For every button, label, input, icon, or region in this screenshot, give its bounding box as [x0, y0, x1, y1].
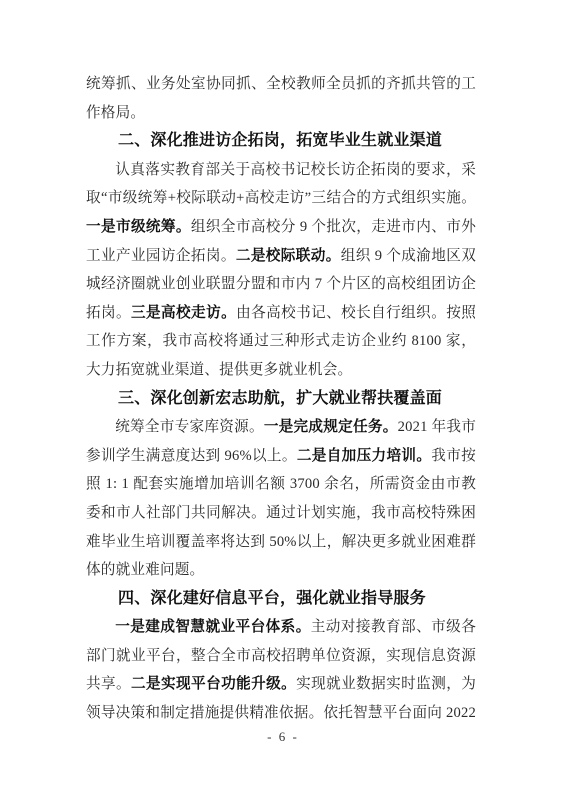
heading-text: 四、深化建好信息平台，强化就业指导服务 — [118, 590, 426, 607]
text-run: 工业产业园访企拓岗。 — [86, 248, 236, 264]
section-heading: 三、深化创新宏志助航，扩大就业帮扶覆盖面 — [86, 385, 476, 414]
text-run: 统筹抓、业务处室协同抓、全校教师全员抓的齐抓共管的工 — [86, 76, 476, 92]
text-run: 共享。 — [86, 676, 131, 692]
page-number: - 6 - — [0, 729, 566, 745]
text-line: 体的就业难问题。 — [86, 556, 476, 585]
text-line: 城经济圈就业创业联盟分盟和市内 7 个片区的高校组团访企 — [86, 270, 476, 299]
text-line: 作格局。 — [86, 99, 476, 128]
text-run: 主动对接教育部、市级各 — [311, 619, 476, 635]
heading-text: 二、深化推进访企拓岗，拓宽毕业生就业渠道 — [118, 132, 442, 149]
text-line: 照 1: 1 配套实施增加培训名额 3700 余名，所需资金由市教 — [86, 470, 476, 499]
text-run: 实现就业数据实时监测，为 — [296, 676, 476, 692]
emphasis-run: 二是校际联动。 — [236, 248, 341, 264]
heading-text: 三、深化创新宏志助航，扩大就业帮扶覆盖面 — [118, 390, 442, 407]
text-line: 取“市级统筹+校际联动+高校走访”三结合的方式组织实施。 — [86, 184, 476, 213]
text-line: 委和市人社部门共同解决。通过计划实施，我市高校特殊困 — [86, 499, 476, 528]
text-line: 领导决策和制定措施提供精准依据。依托智慧平台面向 2022 — [86, 699, 476, 728]
emphasis-run: 一是建成智慧就业平台体系。 — [115, 619, 311, 635]
text-line: 工作方案，我市高校将通过三种形式走访企业约 8100 家， — [86, 327, 476, 356]
text-line: 一是市级统筹。组织全市高校分 9 个批次，走进市内、市外 — [86, 213, 476, 242]
text-run: 组织全市高校分 9 个批次，走进市内、市外 — [191, 219, 476, 235]
document-body: 统筹抓、业务处室协同抓、全校教师全员抓的齐抓共管的工 作格局。 二、深化推进访企… — [86, 70, 476, 728]
text-run: 由各高校书记、校长自行组织。按照 — [236, 305, 476, 321]
section-heading: 二、深化推进访企拓岗，拓宽毕业生就业渠道 — [86, 127, 476, 156]
text-run: 体的就业难问题。 — [86, 562, 204, 578]
emphasis-run: 一是市级统筹。 — [86, 219, 191, 235]
text-line: 统筹抓、业务处室协同抓、全校教师全员抓的齐抓共管的工 — [86, 70, 476, 99]
text-run: 拓岗。 — [86, 305, 131, 321]
text-line: 认真落实教育部关于高校书记校长访企拓岗的要求，采 — [86, 156, 476, 185]
text-run: 委和市人社部门共同解决。通过计划实施，我市高校特殊困 — [86, 505, 476, 521]
text-line: 工业产业园访企拓岗。二是校际联动。组织 9 个成渝地区双 — [86, 242, 476, 271]
text-run: 我市按 — [431, 448, 476, 464]
text-line: 一是建成智慧就业平台体系。主动对接教育部、市级各 — [86, 613, 476, 642]
text-run: 照 1: 1 配套实施增加培训名额 3700 余名，所需资金由市教 — [86, 476, 476, 492]
text-run: 参训学生满意度达到 96%以上。 — [86, 448, 297, 464]
text-run: 难毕业生培训覆盖率将达到 50%以上，解决更多就业困难群 — [86, 534, 476, 550]
text-run: 城经济圈就业创业联盟分盟和市内 7 个片区的高校组团访企 — [86, 276, 476, 292]
text-run: 2021 年我市 — [398, 419, 476, 435]
emphasis-run: 二是自加压力培训。 — [297, 448, 431, 464]
text-line: 大力拓宽就业渠道、提供更多就业机会。 — [86, 356, 476, 385]
text-run: 取“市级统筹+校际联动+高校走访”三结合的方式组织实施。 — [86, 190, 476, 206]
text-run: 大力拓宽就业渠道、提供更多就业机会。 — [86, 362, 352, 378]
text-line: 部门就业平台，整合全市高校招聘单位资源，实现信息资源 — [86, 642, 476, 671]
text-run: 组织 9 个成渝地区双 — [341, 248, 476, 264]
text-line: 难毕业生培训覆盖率将达到 50%以上，解决更多就业困难群 — [86, 528, 476, 557]
text-line: 统筹全市专家库资源。一是完成规定任务。2021 年我市 — [86, 413, 476, 442]
document-page: 统筹抓、业务处室协同抓、全校教师全员抓的齐抓共管的工 作格局。 二、深化推进访企… — [0, 0, 566, 800]
text-line: 参训学生满意度达到 96%以上。二是自加压力培训。我市按 — [86, 442, 476, 471]
text-run: 工作方案，我市高校将通过三种形式走访企业约 8100 家， — [86, 333, 476, 349]
text-run: 统筹全市专家库资源。 — [115, 419, 264, 435]
emphasis-run: 三是高校走访。 — [131, 305, 236, 321]
emphasis-run: 二是实现平台功能升级。 — [131, 676, 296, 692]
text-line: 共享。二是实现平台功能升级。实现就业数据实时监测，为 — [86, 670, 476, 699]
text-run: 认真落实教育部关于高校书记校长访企拓岗的要求，采 — [115, 162, 476, 178]
text-line: 拓岗。三是高校走访。由各高校书记、校长自行组织。按照 — [86, 299, 476, 328]
section-heading: 四、深化建好信息平台，强化就业指导服务 — [86, 585, 476, 614]
text-run: 部门就业平台，整合全市高校招聘单位资源，实现信息资源 — [86, 648, 476, 664]
emphasis-run: 一是完成规定任务。 — [264, 419, 398, 435]
text-run: 领导决策和制定措施提供精准依据。依托智慧平台面向 2022 — [86, 705, 476, 721]
text-run: 作格局。 — [86, 105, 145, 121]
